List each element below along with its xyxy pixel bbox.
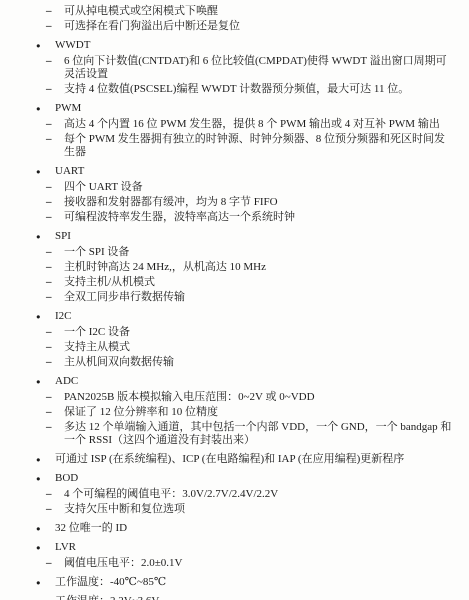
dash-icon: – — [46, 55, 64, 67]
item-text: 支持 4 位数值(PSCSEL)编程 WWDT 计数器预分频值，最大可达 11 … — [64, 83, 455, 96]
list-item: – 支持主从模式 — [0, 341, 455, 354]
section-title: PWM — [55, 102, 455, 115]
list-item-section-spi: ● SPI — [0, 230, 455, 243]
document-page: – 可从掉电模式或空闲模式下唤醒 – 可选择在看门狗溢出后中断还是复位 ● WW… — [0, 0, 469, 600]
dash-icon: – — [46, 326, 64, 338]
bullet-icon: ● — [36, 375, 55, 388]
item-text: 一个 SPI 设备 — [64, 246, 455, 259]
dash-icon: – — [46, 421, 64, 433]
item-text: 支持主从模式 — [64, 341, 455, 354]
dash-icon: – — [46, 181, 64, 193]
list-item-section-i2c: ● I2C — [0, 310, 455, 323]
list-item: – 每个 PWM 发生器拥有独立的时钟源、时钟分频器、8 位预分频器和死区时间发… — [0, 133, 455, 159]
bullet-icon: ● — [36, 39, 55, 52]
section-title: UART — [55, 165, 455, 178]
bullet-icon: ● — [36, 541, 55, 554]
item-text: 支持主机/从机模式 — [64, 276, 455, 289]
dash-icon: – — [46, 118, 64, 130]
bullet-icon: ● — [36, 230, 55, 243]
list-item: – PAN2025B 版本模拟输入电压范围：0~2V 或 0~VDD — [0, 391, 455, 404]
item-text: 可选择在看门狗溢出后中断还是复位 — [64, 20, 455, 33]
list-item: – 接收器和发射器都有缓冲，均为 8 字节 FIFO — [0, 196, 455, 209]
dash-icon: – — [46, 488, 64, 500]
list-item-section-uart: ● UART — [0, 165, 455, 178]
list-item: – 高达 4 个内置 16 位 PWM 发生器，提供 8 个 PWM 输出或 4… — [0, 118, 455, 131]
list-item: – 全双工同步串行数据传输 — [0, 291, 455, 304]
list-item: – 保证了 12 位分辨率和 10 位精度 — [0, 406, 455, 419]
dash-icon: – — [46, 133, 64, 145]
list-item: – 多达 12 个单端输入通道，其中包括一个内部 VDD，一个 GND，一个 b… — [0, 421, 455, 447]
bullet-icon: ● — [36, 576, 55, 589]
list-item-section-adc: ● ADC — [0, 375, 455, 388]
item-text: 每个 PWM 发生器拥有独立的时钟源、时钟分频器、8 位预分频器和死区时间发生器 — [64, 133, 455, 159]
item-text: 6 位向下计数值(CNTDAT)和 6 位比较值(CMPDAT)使得 WWDT … — [64, 55, 455, 81]
bullet-icon: ● — [36, 453, 55, 466]
dash-icon: – — [46, 246, 64, 258]
item-text: 保证了 12 位分辨率和 10 位精度 — [64, 406, 455, 419]
list-item-section-wwdt: ● WWDT — [0, 39, 455, 52]
dash-icon: – — [46, 276, 64, 288]
dash-icon: – — [46, 391, 64, 403]
list-item: – 可从掉电模式或空闲模式下唤醒 — [0, 5, 455, 18]
item-text: 工作温度：-40℃~85℃ — [55, 576, 455, 589]
bullet-icon: ● — [36, 472, 55, 485]
item-text: 全双工同步串行数据传输 — [64, 291, 455, 304]
item-text: 4 个可编程的阈值电平：3.0V/2.7V/2.4V/2.2V — [64, 488, 455, 501]
list-item-section-bod: ● BOD — [0, 472, 455, 485]
item-text: 四个 UART 设备 — [64, 181, 455, 194]
dash-icon: – — [46, 291, 64, 303]
section-title: WWDT — [55, 39, 455, 52]
item-text: 一个 I2C 设备 — [64, 326, 455, 339]
item-text: 多达 12 个单端输入通道，其中包括一个内部 VDD，一个 GND，一个 ban… — [64, 421, 455, 447]
list-item-isp-icp-iap: ● 可通过 ISP (在系统编程)、ICP (在电路编程)和 IAP (在应用编… — [0, 453, 455, 466]
list-item: – 支持欠压中断和复位选项 — [0, 503, 455, 516]
bullet-icon: ● — [36, 102, 55, 115]
item-text: 工作温度：2.2V~3.6V — [55, 595, 455, 600]
list-item-operating-temperature: ● 工作温度：-40℃~85℃ — [0, 576, 455, 589]
list-item: – 可编程波特率发生器，波特率高达一个系统时钟 — [0, 211, 455, 224]
dash-icon: – — [46, 356, 64, 368]
list-item: – 4 个可编程的阈值电平：3.0V/2.7V/2.4V/2.2V — [0, 488, 455, 501]
item-text: 主机时钟高达 24 MHz,，从机高达 10 MHz — [64, 261, 455, 274]
section-title: SPI — [55, 230, 455, 243]
item-text: 可从掉电模式或空闲模式下唤醒 — [64, 5, 455, 18]
list-item: – 支持 4 位数值(PSCSEL)编程 WWDT 计数器预分频值，最大可达 1… — [0, 83, 455, 96]
dash-icon: – — [46, 5, 64, 17]
item-text: 接收器和发射器都有缓冲，均为 8 字节 FIFO — [64, 196, 455, 209]
dash-icon: – — [46, 83, 64, 95]
dash-icon: – — [46, 557, 64, 569]
list-item: – 四个 UART 设备 — [0, 181, 455, 194]
list-item: – 支持主机/从机模式 — [0, 276, 455, 289]
item-text: 高达 4 个内置 16 位 PWM 发生器，提供 8 个 PWM 输出或 4 对… — [64, 118, 455, 131]
bullet-icon: ● — [36, 522, 55, 535]
list-item: – 一个 SPI 设备 — [0, 246, 455, 259]
list-item-section-lvr: ● LVR — [0, 541, 455, 554]
list-item: – 可选择在看门狗溢出后中断还是复位 — [0, 20, 455, 33]
dash-icon: – — [46, 261, 64, 273]
bullet-icon: ● — [36, 310, 55, 323]
item-text: 可通过 ISP (在系统编程)、ICP (在电路编程)和 IAP (在应用编程)… — [55, 453, 455, 466]
section-title: LVR — [55, 541, 455, 554]
dash-icon: – — [46, 196, 64, 208]
list-item: – 阈值电压电平：2.0±0.1V — [0, 557, 455, 570]
list-item-operating-voltage: ● 工作温度：2.2V~3.6V — [0, 595, 455, 600]
dash-icon: – — [46, 20, 64, 32]
dash-icon: – — [46, 341, 64, 353]
section-title: BOD — [55, 472, 455, 485]
list-item: – 一个 I2C 设备 — [0, 326, 455, 339]
dash-icon: – — [46, 503, 64, 515]
list-item-unique-id: ● 32 位唯一的 ID — [0, 522, 455, 535]
item-text: PAN2025B 版本模拟输入电压范围：0~2V 或 0~VDD — [64, 391, 455, 404]
dash-icon: – — [46, 211, 64, 223]
list-item: – 6 位向下计数值(CNTDAT)和 6 位比较值(CMPDAT)使得 WWD… — [0, 55, 455, 81]
list-item-section-pwm: ● PWM — [0, 102, 455, 115]
list-item: – 主从机间双向数据传输 — [0, 356, 455, 369]
bullet-icon: ● — [36, 595, 55, 600]
item-text: 32 位唯一的 ID — [55, 522, 455, 535]
dash-icon: – — [46, 406, 64, 418]
section-title: I2C — [55, 310, 455, 323]
item-text: 可编程波特率发生器，波特率高达一个系统时钟 — [64, 211, 455, 224]
bullet-icon: ● — [36, 165, 55, 178]
item-text: 主从机间双向数据传输 — [64, 356, 455, 369]
section-title: ADC — [55, 375, 455, 388]
list-item: – 主机时钟高达 24 MHz,，从机高达 10 MHz — [0, 261, 455, 274]
item-text: 阈值电压电平：2.0±0.1V — [64, 557, 455, 570]
item-text: 支持欠压中断和复位选项 — [64, 503, 455, 516]
